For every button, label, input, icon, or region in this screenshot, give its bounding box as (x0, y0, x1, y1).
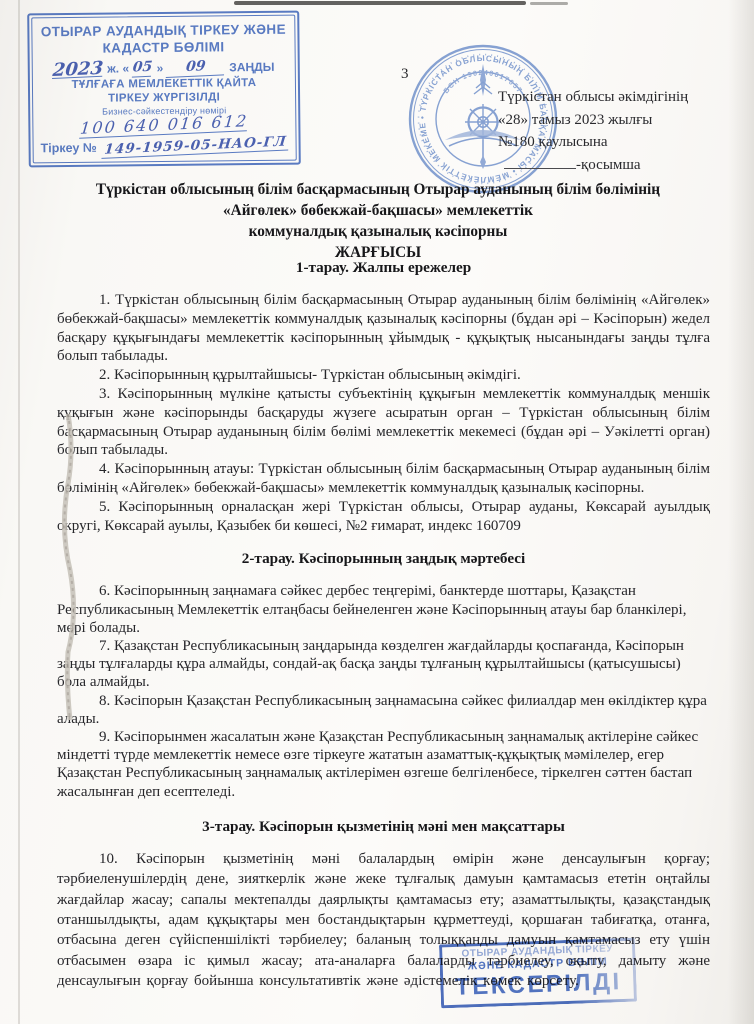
document-title: Түркістан облысының білім басқармасының … (48, 179, 708, 263)
section-2-heading: 2-тарау. Кәсіпорынның заңдық мәртебесі (57, 549, 710, 568)
stamp-office-name-line2: КАДАСТР БӨЛІМІ (39, 38, 287, 58)
section-general-provisions: 1-тарау. Жалпы ережелер 1. Түркістан обл… (57, 258, 710, 535)
approval-line2: «28» тамыз 2023 жылғы (498, 109, 744, 132)
paragraph-9: 9. Кәсіпорынмен жасалатын және Қазақстан… (57, 728, 710, 801)
approval-block: Түркістан облысы әкімдігінің «28» тамыз … (498, 86, 744, 176)
paragraph-8: 8. Кәсіпорын Қазақстан Республикасының з… (57, 692, 710, 728)
title-line1: Түркістан облысының білім басқармасының … (48, 179, 708, 200)
stamp-date-close: » (156, 59, 163, 77)
document-body: 1-тарау. Жалпы ережелер 1. Түркістан обл… (57, 258, 710, 992)
handwritten-bin-number: 100 640 016 612 (79, 112, 249, 139)
check-stamp-verified-word: ТЕКСЕРІЛДІ (447, 968, 630, 1001)
title-line3: коммуналдық қазыналық кәсіпорны (48, 221, 708, 242)
handwritten-month: 09 (166, 56, 226, 78)
handwritten-day: 05 (132, 58, 153, 78)
registration-stamp: ОТЫРАР АУДАНДЫҚ ТІРКЕУ ЖӘНЕ КАДАСТР БӨЛІ… (27, 11, 301, 168)
section-1-heading: 1-тарау. Жалпы ережелер (57, 258, 710, 277)
stamp-legal-word: ЗАҢДЫ (229, 58, 274, 76)
paragraph-6: 6. Кәсіпорынның заңнамаға сәйкес дербес … (57, 582, 710, 637)
approval-line4: -қосымша (498, 154, 744, 177)
scan-artifact-line-2 (530, 2, 568, 5)
paragraph-7: 7. Қазақстан Республикасының заңдарында … (57, 637, 710, 692)
approval-line3: №180 қаулысына (498, 131, 744, 154)
approval-line1: Түркістан облысы әкімдігінің (498, 86, 744, 109)
paragraph-3: 3. Кәсіпорынның мүлкіне қатысты субъекті… (57, 385, 710, 460)
binding-thread (46, 412, 82, 724)
stamp-registration-row: Тіркеу № 149-1959-05-НАО-ГЛ (41, 137, 289, 157)
stamp-date-row: 2023 ж. « 05 » 09 ЗАҢДЫ (40, 57, 288, 79)
scan-artifact-line (234, 1, 526, 5)
stamp-reg-label: Тіркеу № (41, 140, 97, 157)
approval-annex-word: -қосымша (576, 157, 641, 173)
paragraph-1: 1. Түркістан облысының білім басқармасын… (57, 291, 710, 366)
paragraph-5: 5. Кәсіпорынның орналасқан жері Түркіста… (57, 498, 710, 536)
stamp-body-line2: ТІРКЕУ ЖҮРГІЗІЛДІ (40, 90, 288, 107)
scanned-document-page: ОТЫРАР АУДАНДЫҚ ТІРКЕУ ЖӘНЕ КАДАСТР БӨЛІ… (0, 0, 754, 1024)
title-line2: «Айгөлек» бөбекжай-бақшасы» мемлекеттік (48, 200, 708, 221)
handwritten-reg-number: 149-1959-05-НАО-ГЛ (102, 133, 290, 158)
blank-underline (504, 154, 576, 169)
paragraph-2: 2. Кәсіпорынның құрылтайшысы- Түркістан … (57, 366, 710, 385)
registration-stamp-inner: ОТЫРАР АУДАНДЫҚ ТІРКЕУ ЖӘНЕ КАДАСТР БӨЛІ… (31, 15, 297, 164)
handwritten-year: 2023 (52, 62, 104, 79)
section-3-heading: 3-тарау. Кәсіпорын қызметінің мәні мен м… (57, 817, 710, 836)
checked-stamp: ОТЫРАР АУДАНДЫҚ ТІРКЕУ ЖӘНЕ КАДАСТР БӨЛІ… (439, 938, 637, 1009)
section-legal-status: 2-тарау. Кәсіпорынның заңдық мәртебесі 6… (57, 549, 710, 800)
paragraph-4: 4. Кәсіпорынның атауы: Түркістан облысын… (57, 460, 710, 498)
page-number: 3 (401, 66, 409, 83)
stamp-date-infix: ж. « (107, 59, 129, 77)
stamp-office-name-line1: ОТЫРАР АУДАНДЫҚ ТІРКЕУ ЖӘНЕ (39, 21, 287, 41)
